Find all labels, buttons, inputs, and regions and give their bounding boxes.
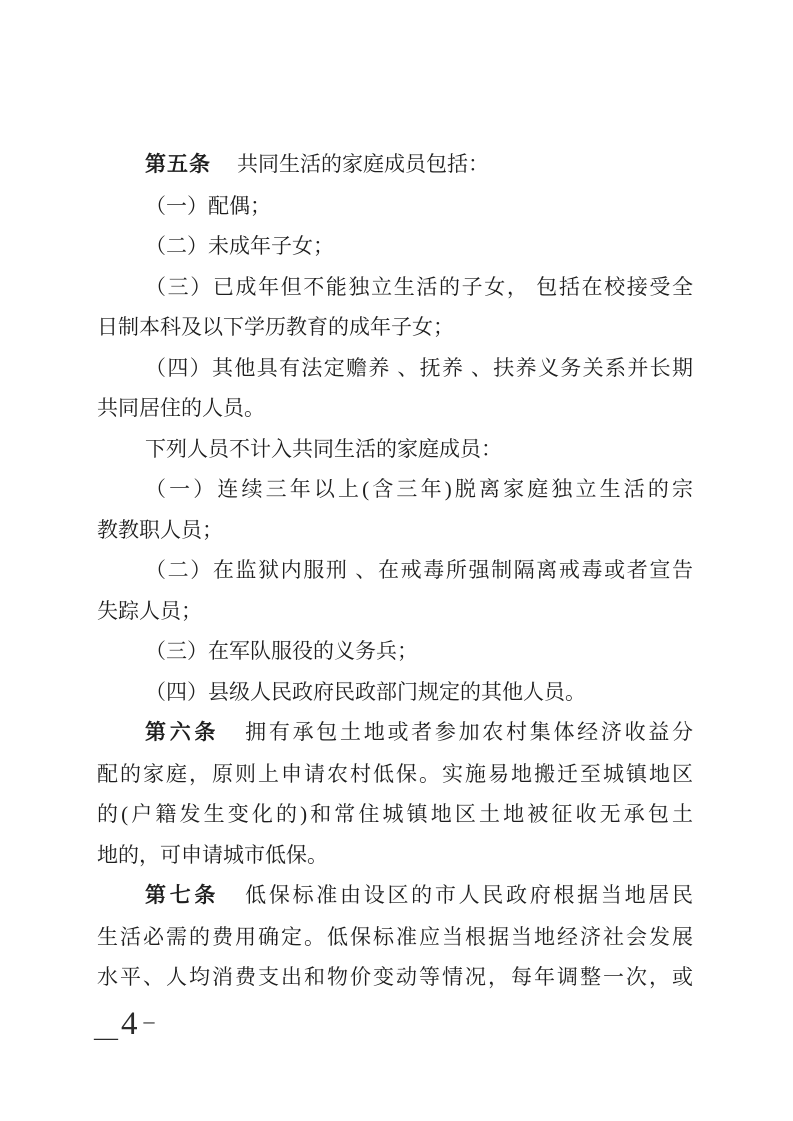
article-number: 第六条 [145,721,219,744]
text-line: 失踪人员； [97,591,693,632]
line-text: （二）未成年子女； [145,234,334,258]
text-line: 下列人员不计入共同生活的家庭成员： [97,429,693,470]
line-text: （四）县级人民政府民政部门规定的其他人员。 [145,680,586,704]
text-line: （三）在军队服役的义务兵； [97,631,693,672]
line-text: 低保标准由设区的市人民政府根据当地居民 [245,883,693,907]
line-text: 教教职人员； [97,518,223,542]
page-number-right-dash: – [144,1010,155,1032]
line-text: （三）已成年但不能独立生活的子女， 包括在校接受全 [145,275,693,299]
line-text: 失踪人员； [97,599,202,623]
text-line: 日制本科及以下学历教育的成年子女； [97,307,693,348]
text-line: （四）县级人民政府民政部门规定的其他人员。 [97,672,693,713]
line-text: （一）配偶； [145,194,271,218]
page-footer: —4– [94,1008,155,1041]
line-text: 地的，可申请城市低保。 [97,843,328,867]
text-line: 水平、人均消费支出和物价变动等情况，每年调整一次，或 [97,957,693,998]
text-line: （一）配偶； [97,186,693,227]
text-line: 第七条低保标准由设区的市人民政府根据当地居民 [97,875,693,917]
document-page: 第五条共同生活的家庭成员包括：（一）配偶；（二）未成年子女；（三）已成年但不能独… [0,0,793,1121]
article-number: 第五条 [145,153,211,176]
text-line: 配的家庭，原则上申请农村低保。实施易地搬迁至城镇地区 [97,754,693,795]
line-text: （二）在监狱内服刑 、在戒毒所强制隔离戒毒或者宣告 [145,558,693,582]
text-line: 教教职人员； [97,510,693,551]
text-line: 生活必需的费用确定。低保标准应当根据当地经济社会发展 [97,917,693,958]
line-text: 的(户籍发生变化的)和常住城镇地区土地被征收无承包土 [97,802,693,826]
line-text: （一）连续三年以上(含三年)脱离家庭独立生活的宗 [145,477,693,501]
line-text: 日制本科及以下学历教育的成年子女； [97,315,454,339]
text-line: 第五条共同生活的家庭成员包括： [97,144,693,186]
article-number: 第七条 [145,884,219,907]
text-line: 的(户籍发生变化的)和常住城镇地区土地被征收无承包土 [97,794,693,835]
page-number: 4 [121,1008,138,1041]
line-text: （四）其他具有法定赡养 、抚养 、扶养义务关系并长期 [145,356,693,380]
text-line: （四）其他具有法定赡养 、抚养 、扶养义务关系并长期 [97,348,693,389]
document-body: 第五条共同生活的家庭成员包括：（一）配偶；（二）未成年子女；（三）已成年但不能独… [97,144,693,998]
line-text: 下列人员不计入共同生活的家庭成员： [145,437,502,461]
line-text: 共同居住的人员。 [97,396,265,420]
line-text: 配的家庭，原则上申请农村低保。实施易地搬迁至城镇地区 [97,762,693,786]
page-number-left-dash: — [94,1026,118,1050]
text-line: 共同居住的人员。 [97,388,693,429]
line-text: 共同生活的家庭成员包括： [237,152,489,176]
line-text: （三）在军队服役的义务兵； [145,639,418,663]
text-line: 地的，可申请城市低保。 [97,835,693,876]
line-text: 生活必需的费用确定。低保标准应当根据当地经济社会发展 [97,925,693,949]
text-line: （一）连续三年以上(含三年)脱离家庭独立生活的宗 [97,469,693,510]
line-text: 拥有承包土地或者参加农村集体经济收益分 [245,720,693,744]
text-line: 第六条拥有承包土地或者参加农村集体经济收益分 [97,712,693,754]
text-line: （二）未成年子女； [97,226,693,267]
text-line: （三）已成年但不能独立生活的子女， 包括在校接受全 [97,267,693,308]
line-text: 水平、人均消费支出和物价变动等情况，每年调整一次，或 [97,965,693,989]
text-line: （二）在监狱内服刑 、在戒毒所强制隔离戒毒或者宣告 [97,550,693,591]
